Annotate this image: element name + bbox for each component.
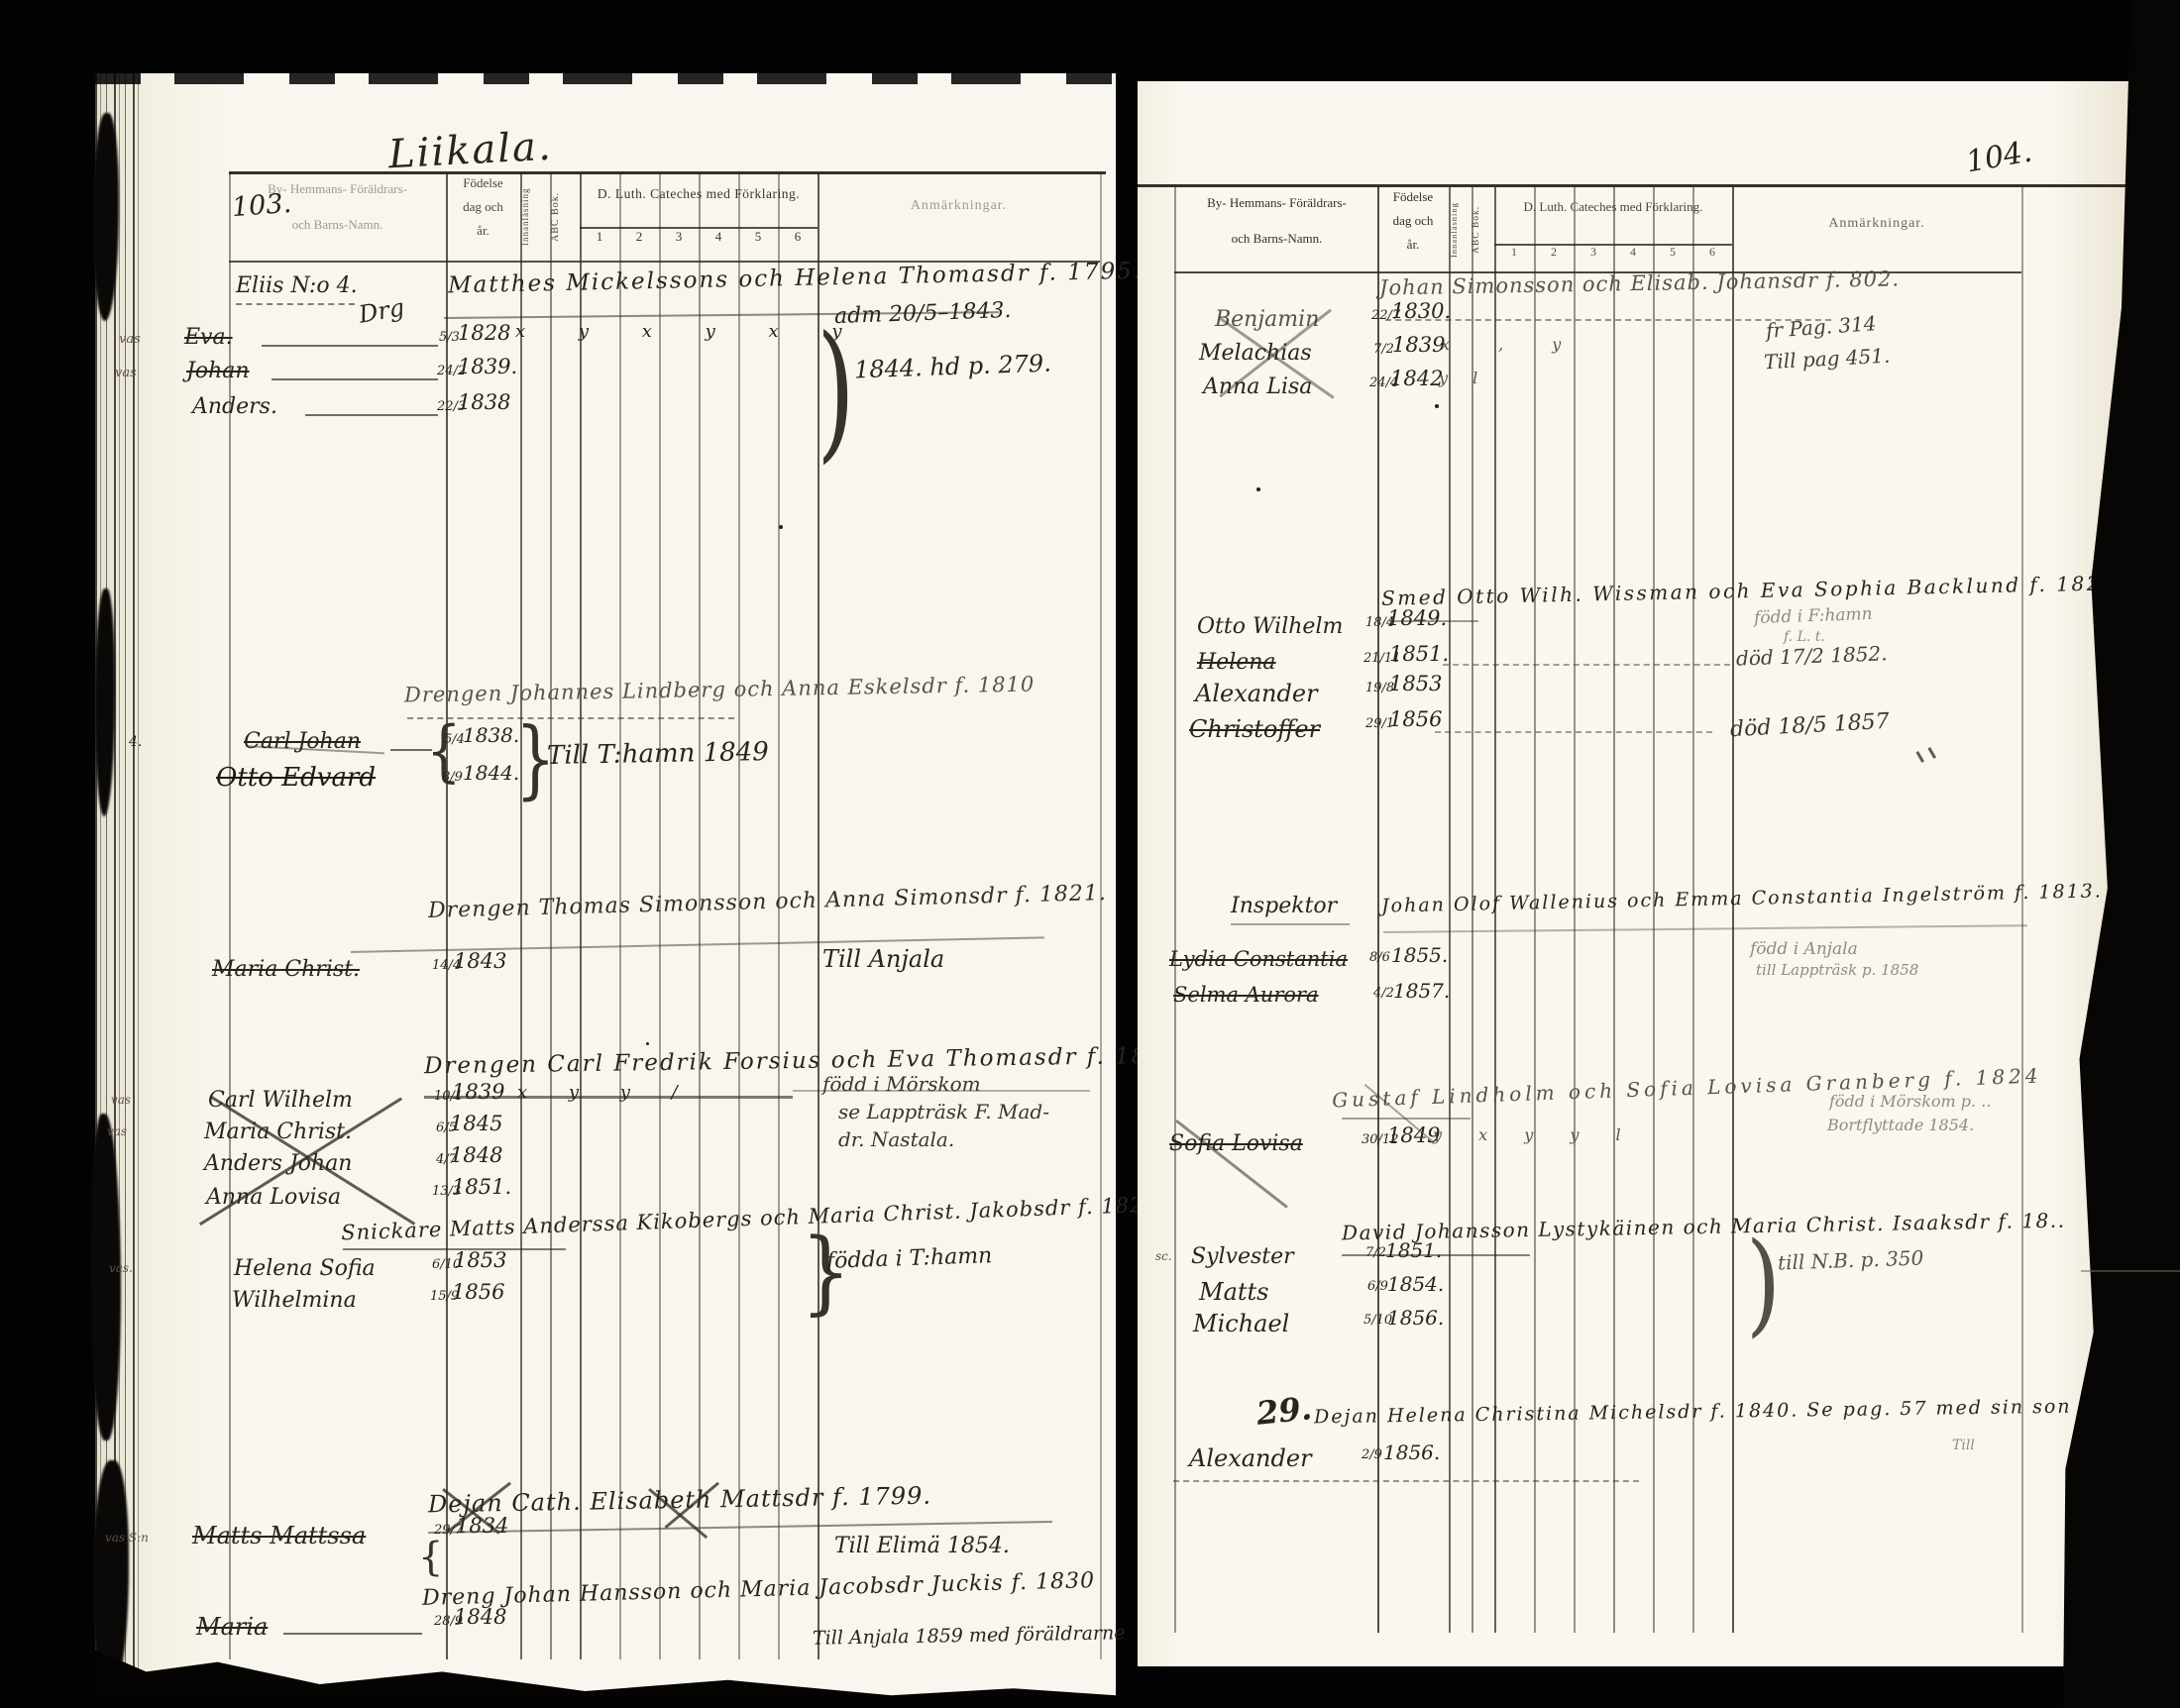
- remark-note: adm 20/5–1843.: [834, 300, 1012, 328]
- catechism-marks: y l: [1439, 371, 1487, 386]
- remark-note: Till pag 451.: [1764, 346, 1891, 373]
- birth-year: 1834: [456, 1516, 508, 1537]
- header-abc-col: ABC Bok.: [1471, 188, 1494, 271]
- parish-title: Liikala.: [387, 127, 553, 175]
- header-cat-2: 2: [1534, 246, 1574, 260]
- left-page: By- Hemmans- Föräldrars- och Barns-Namn.…: [95, 73, 1116, 1698]
- remark-note: död 17/2 1852.: [1736, 643, 1888, 668]
- birth-year: 1848: [454, 1607, 506, 1628]
- header-cat-1: 1: [580, 230, 619, 245]
- family-head-line: Drengen Carl Fredrik Forsius och Eva Tho…: [424, 1045, 1174, 1079]
- margin-note: vas S:n: [105, 1532, 149, 1544]
- birth-year: 1856.: [1383, 1442, 1440, 1462]
- header-cat-4: 4: [699, 230, 738, 245]
- birth-day: 7/2: [1365, 1246, 1386, 1259]
- record-name: Christoffer: [1189, 717, 1320, 741]
- birth-year: 1856.: [1387, 1308, 1444, 1328]
- birth-year: 1856: [1389, 709, 1442, 730]
- page-number: 103.: [231, 190, 292, 221]
- family-head-line: Snickare Matts Anderssa Kikobergs och Ma…: [341, 1195, 1158, 1244]
- margin-note: vas: [115, 367, 137, 379]
- record-name: Otto Wilhelm: [1197, 616, 1343, 638]
- header-abc-col: ABC Bok.: [550, 175, 580, 259]
- remark-note-faint: född i F:hamn: [1754, 606, 1873, 627]
- header-birth-col: år.: [446, 224, 520, 239]
- underline-mark: [236, 303, 355, 305]
- column-rule: [699, 173, 701, 1659]
- family-head-line: Smed Otto Wilh. Wissman och Eva Sophia B…: [1381, 573, 2125, 608]
- family-head-line: Drengen Johannes Lindberg och Anna Eskel…: [404, 674, 1035, 705]
- header-cat-5: 5: [1653, 246, 1692, 260]
- birth-year: 1842: [1390, 369, 1443, 389]
- birth-year: 1839.: [458, 357, 517, 377]
- page-number: 104.: [1964, 137, 2034, 177]
- record-name: Alexander: [1189, 1446, 1312, 1470]
- header-catechism: D. Luth. Cateches med Förklaring.: [580, 186, 817, 202]
- birth-day: 7/2: [1373, 343, 1394, 356]
- remark-note: Till Anjala 1859 med föräldrarne: [813, 1624, 1126, 1649]
- record-name: Maria: [196, 1615, 268, 1639]
- header-name-col: By- Hemmans- Föräldrars-: [1176, 196, 1377, 211]
- header-cat-6: 6: [1692, 246, 1732, 260]
- underline-mark: [1231, 923, 1350, 925]
- birth-year: 1838: [458, 392, 510, 413]
- row-dash: [1443, 664, 1730, 666]
- tick-mark: [1915, 751, 1924, 763]
- ink-dot: [779, 525, 783, 529]
- brace-mark: {: [418, 1538, 443, 1577]
- header-cat-4: 4: [1613, 246, 1653, 260]
- row-dash: [262, 345, 438, 347]
- header-birth-col: Födelse: [446, 176, 520, 191]
- birth-year: 1853: [454, 1250, 506, 1271]
- row-dash: [1435, 731, 1712, 733]
- margin-note: vas: [119, 333, 141, 346]
- margin-note: vas: [111, 1094, 131, 1106]
- birth-year: 1839: [452, 1082, 504, 1103]
- record-name: Johan: [186, 361, 250, 382]
- record-name: Matts Mattssa: [192, 1524, 366, 1548]
- remark-note: Till Elimä 1854.: [834, 1536, 1010, 1557]
- margin-note: vas: [107, 1125, 127, 1137]
- record-name: Alexander: [1195, 682, 1318, 705]
- ink-dot: [1435, 404, 1439, 408]
- birth-year: 1856: [452, 1282, 504, 1303]
- birth-year: 1849.: [1387, 608, 1447, 629]
- village-name: Eliis N:o 4.: [236, 275, 358, 297]
- brace-mark: ): [817, 317, 855, 466]
- record-name: Otto Edvard: [216, 765, 376, 791]
- remark-note: dr. Nastala.: [838, 1129, 954, 1149]
- birth-year: 1851.: [1385, 1240, 1442, 1260]
- header-cat-5: 5: [738, 230, 778, 245]
- header-birth-col: Födelse: [1377, 190, 1449, 205]
- header-cat-1: 1: [1494, 246, 1534, 260]
- header-reading-col: Innanläsning: [1449, 188, 1471, 271]
- header-remarks: Anmärkningar.: [1732, 216, 2021, 232]
- birth-day: 5/4: [444, 733, 465, 746]
- header-rule: [580, 227, 817, 229]
- margin-note: vas.: [109, 1262, 133, 1274]
- record-name: Selma Aurora: [1173, 985, 1319, 1006]
- remark-note: död 18/5 1857: [1730, 711, 1891, 741]
- household-number: 29.: [1254, 1392, 1313, 1430]
- remark-note-faint: född i Anjala: [1750, 941, 1858, 958]
- column-rule: [1174, 186, 1176, 1633]
- header-remarks: Anmärkningar.: [817, 198, 1100, 214]
- birth-year: 1839: [1392, 335, 1445, 356]
- brace-mark: ): [1746, 1228, 1781, 1340]
- record-name: Helena Sofia: [234, 1258, 376, 1280]
- column-rule: [778, 173, 780, 1659]
- catechism-marks: x y y /: [517, 1084, 696, 1102]
- remark-note: till N.B. p. 350: [1778, 1247, 1924, 1272]
- birth-day: 8/6: [1369, 951, 1390, 964]
- row-dash: [283, 1633, 422, 1635]
- remark-note: Till Anjala: [822, 947, 944, 971]
- birth-year: 1851.: [452, 1177, 511, 1198]
- record-name: Eva.: [184, 327, 233, 349]
- margin-note: sc.: [1155, 1250, 1172, 1262]
- birth-year: 1851.: [1389, 644, 1449, 665]
- page-edge-fray: [95, 73, 1116, 84]
- header-reading-col: Innanläsning: [520, 175, 550, 259]
- record-name: Maria Christ.: [212, 959, 360, 981]
- birth-year: 1844.: [463, 763, 519, 783]
- birth-day: 4/2: [1373, 987, 1394, 1000]
- header-cat-2: 2: [619, 230, 659, 245]
- remark-note-faint: f. L. t.: [1784, 630, 1825, 644]
- birth-year: 1855.: [1391, 945, 1448, 965]
- header-birth-col: år.: [1377, 238, 1449, 253]
- header-birth-col: dag och: [1377, 214, 1449, 229]
- tick-mark: [1927, 747, 1936, 759]
- remark-note-faint: född i Mörskom p. ..: [1829, 1094, 1991, 1110]
- record-name: Sofia Lovisa: [1169, 1133, 1303, 1155]
- underline-mark: [1383, 924, 2027, 933]
- birth-year: 1845: [450, 1114, 502, 1134]
- ink-dot: [1256, 487, 1260, 491]
- birth-year: 1843: [454, 951, 506, 972]
- header-birth-col: dag och: [446, 200, 520, 215]
- catechism-marks: y x y y l: [1433, 1127, 1637, 1143]
- family-head-line: Dejan Helena Christina Michelsdr f. 1840…: [1314, 1398, 2072, 1428]
- remark-note: se Lappträsk F. Mad-: [838, 1102, 1049, 1121]
- header-cat-3: 3: [1574, 246, 1613, 260]
- row-dash: [305, 414, 438, 416]
- header-name-col: och Barns-Namn.: [1176, 232, 1377, 247]
- record-name: Anders.: [192, 396, 277, 418]
- birth-year: 1854.: [1387, 1274, 1444, 1294]
- birth-year: 1853: [1389, 674, 1442, 694]
- record-name: Wilhelmina: [232, 1290, 357, 1312]
- remark-note-faint: Bortflyttade 1854.: [1827, 1118, 1974, 1133]
- margin-note: 4.: [129, 735, 142, 749]
- ink-dot: [646, 1042, 649, 1045]
- remark-note: född i Mörskom: [822, 1074, 981, 1094]
- scan-scratch: [2081, 1270, 2180, 1272]
- remark-note: födda i T:hamn: [826, 1245, 993, 1273]
- record-name: Lydia Constantia: [1169, 949, 1348, 970]
- family-head-line: Matthes Mickelssons och Helena Thomasdr …: [448, 261, 1144, 298]
- occupation-label: Inspektor: [1231, 896, 1337, 917]
- header-rule: [1138, 184, 2128, 187]
- birth-year: 1838.: [463, 725, 519, 745]
- record-name: Michael: [1193, 1312, 1289, 1335]
- birth-day: 8/9: [442, 771, 463, 784]
- header-rule: [229, 171, 1106, 174]
- right-page: By- Hemmans- Föräldrars- och Barns-Namn.…: [1138, 81, 2128, 1666]
- birth-day: 5/3: [439, 331, 460, 344]
- column-rule: [738, 173, 740, 1659]
- remark-note-faint: Till: [1952, 1439, 1975, 1452]
- header-catechism: D. Luth. Cateches med Förklaring.: [1494, 200, 1732, 215]
- birth-year: 1848: [450, 1145, 502, 1166]
- column-rule: [1100, 173, 1102, 1659]
- family-head-line: Dreng Johan Hansson och Maria Jacobsdr J…: [422, 1570, 1096, 1610]
- remark-note: fr Pag. 314: [1765, 313, 1877, 341]
- row-dash: [1173, 1480, 1639, 1482]
- birth-day: 2/9: [1362, 1448, 1382, 1461]
- catechism-marks: x y x y x y: [515, 323, 866, 341]
- header-cat-6: 6: [778, 230, 817, 245]
- birth-day: 6/9: [1367, 1280, 1388, 1293]
- head-prefix: Drg: [357, 295, 406, 327]
- remark-note-faint: till Lappträsk p. 1858: [1756, 963, 1918, 978]
- catechism-marks: x , y: [1441, 337, 1582, 353]
- archive-scan: { "table_header": { "name_col_1": "By- H…: [0, 0, 2180, 1708]
- family-head-line: Johan Olof Wallenius och Emma Constantia…: [1381, 882, 2103, 915]
- record-name: Melachias: [1199, 343, 1312, 365]
- row-dash: [272, 378, 438, 380]
- remark-note: Till T:hamn 1849: [547, 739, 769, 769]
- remark-note: 1844. hd p. 279.: [854, 352, 1052, 382]
- header-cat-3: 3: [659, 230, 699, 245]
- birth-year: 1857.: [1393, 981, 1450, 1001]
- record-name: Matts: [1199, 1280, 1269, 1304]
- birth-year: 1830.: [1391, 301, 1451, 322]
- birth-year: 1828: [458, 323, 510, 344]
- family-head-line: Drengen Thomas Simonsson och Anna Simons…: [428, 883, 1107, 922]
- record-name: Helena: [1197, 652, 1276, 674]
- record-name: Sylvester: [1191, 1246, 1294, 1268]
